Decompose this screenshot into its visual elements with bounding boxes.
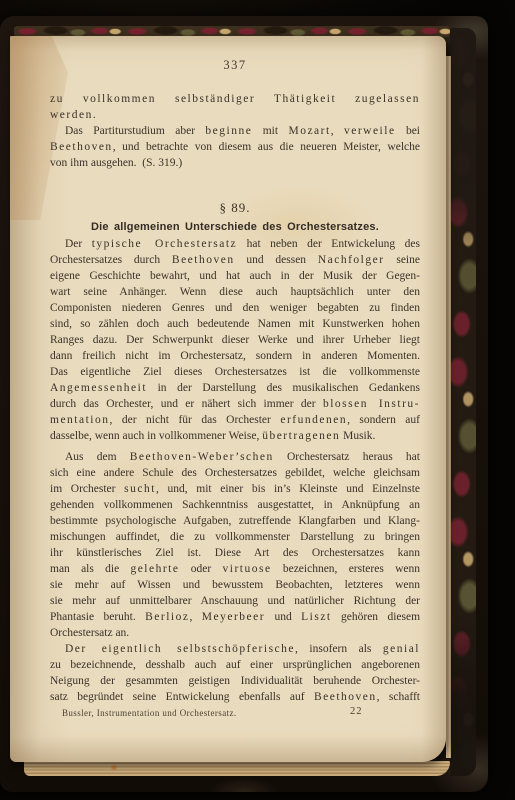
section-mark: § 89. [50,199,420,217]
marbled-binding-edge [450,28,476,776]
emphasized-text: Liszt [301,611,332,623]
body-text: und dessen [235,254,318,266]
body-text: Orchestersatz an. [50,627,129,639]
paragraph-selbstschoepferischer: Der eigentlich selbstschöpferische, inso… [50,641,420,705]
emphasized-text: Meyerbeer [202,611,265,623]
text-line: Der typische Orchestersatz hat neben der… [50,236,420,252]
text-line: Ranges dazu. Der Schwerpunkt dieser Werk… [50,332,420,348]
text-line: Orchestersatzes durch Beethoven und dess… [50,252,420,268]
emphasized-text: mentation [50,414,110,426]
text-line: Orchestersatz an. [50,625,420,641]
body-text: Neigung der gesammten geistigen Individu… [50,675,420,687]
text-line: bestimmte psychologische Aufgaben, zutre… [50,513,420,529]
text-line: Das eigentliche Ziel dieses Orchestersat… [50,364,420,380]
body-text: Der [65,238,92,250]
body-text: sie mehr auf unmittelbarer Anschauung un… [50,595,420,607]
emphasized-text: blossen Instru- [323,398,420,410]
emphasized-text: Beethoven [172,254,235,266]
emphasized-text: Der eigentlich selbstschöpferische [65,643,295,655]
text-line: man als die gelehrte oder virtuose bezei… [50,561,420,577]
emphasized-text: verweile [344,125,396,137]
body-text: Das eigentliche Ziel dieses Orchestersat… [50,366,420,378]
text-line: eigene Geschichte bewahrt, und hat auch … [50,268,420,284]
text-line: wart seine Anhänger. Wenn diese auch hau… [50,284,420,300]
body-text: seine [385,254,420,266]
emphasized-text: virtuose [223,563,272,575]
emphasized-text: übertragenen [262,430,340,442]
book-page: 337 zu vollkommen selbständiger Thätigke… [10,36,446,762]
page-number: 337 [50,58,420,74]
body-text: wart seine Anhänger. Wenn diese auch hau… [50,286,420,298]
text-line: von ihm ausgehen. (S. 319.) [50,155,420,171]
body-text: und [265,611,301,623]
page-stack-fore-edge [446,56,451,758]
text-line: satz begründet seine Entwickelung ebenfa… [50,689,420,705]
text-line: sich eine andere Schule des Orchestersat… [50,465,420,481]
text-line: dasselbe, wenn auch in vollkommener Weis… [50,428,420,444]
footer-sheet-number: 22 [350,706,363,717]
body-text: gehenden vollkommenen Sachkenntniss ausg… [50,499,420,511]
body-text: durch das Orchester, und er nähert sich … [50,398,323,410]
text-line: sie mehr auf Wissen und bewusstem Beobac… [50,577,420,593]
text-line: Phantasie beruht. Berlioz, Meyerbeer und… [50,609,420,625]
text-line: zu vollkommen selbständiger Thätigkeit z… [50,91,420,107]
text-line: ihr künstlerisches Ziel ist. Diese Art d… [50,545,420,561]
body-text: Orchestersatzes durch [50,254,172,266]
text-column: zu vollkommen selbständiger Thätigkeit z… [50,91,420,705]
body-text: , und, mit einer bis in’s Kleinste und E… [156,483,420,495]
body-text: , insofern als [295,643,383,655]
emphasized-text: gelehrte [130,563,179,575]
body-text: Musik. [340,430,375,442]
body-text: , [189,611,201,623]
body-text: ihr künstlerisches Ziel ist. Diese Art d… [50,547,420,559]
body-text: mit [252,125,288,137]
body-text: eigene Geschichte bewahrt, und hat auch … [50,270,420,282]
body-text: Orchestersatz heraus hat [274,451,420,463]
text-flow-upper: zu vollkommen selbständiger Thätigkeit z… [50,91,420,171]
emphasized-text: typische Orchestersatz [92,238,237,250]
paragraph-continuation: zu vollkommen selbständiger Thätigkeit z… [50,91,420,123]
body-text: dasselbe, wenn auch in vollkommener Weis… [50,430,262,442]
emphasized-text: Nachfolger [318,254,385,266]
emphasized-text: genial [383,643,420,655]
body-text: , schafft [377,691,420,703]
text-line: Aus dem Beethoven-Weber’schen Orchesters… [50,449,420,465]
body-text: sind, so zählen doch auch bedeutende Nam… [50,318,420,330]
emphasized-text: Beethoven-Weber’schen [130,451,274,463]
body-text: satz begründet seine Entwickelung ebenfa… [50,691,314,703]
emphasized-text: sucht [124,483,156,495]
emphasized-text: Mozart [288,125,330,137]
section-title: Die allgemeinen Unterschiede des Orchest… [50,219,420,235]
body-text: zu bezeichnende, desshalb auch auf einer… [50,659,420,671]
text-flow-lower: Der typische Orchestersatz hat neben der… [50,236,420,705]
body-text: bestimmte psychologische Aufgaben, zutre… [50,515,420,527]
emphasized-text: erfundenen [280,414,347,426]
text-line: dann freilich nicht im Orchestersatz, so… [50,348,420,364]
emphasized-text: Beethoven [50,141,113,153]
body-text: bei [396,125,420,137]
emphasized-text: werden. [50,109,97,121]
body-text: sich eine andere Schule des Orchestersat… [50,467,420,479]
text-line: gehenden vollkommenen Sachkenntniss ausg… [50,497,420,513]
body-text: sie mehr auf Wissen und bewusstem Beobac… [50,579,420,591]
emphasized-text: Beethoven [314,691,377,703]
page-footer: Bussler, Instrumentation und Orchestersa… [50,706,420,720]
body-text: von ihm ausgehen. (S. 319.) [50,157,182,169]
body-text: hat neben der Entwickelung des [237,238,420,250]
text-line: durch das Orchester, und er nähert sich … [50,396,420,412]
text-line: werden. [50,107,420,123]
text-line: Neigung der gesammten geistigen Individu… [50,673,420,689]
body-text: mischungen auffindet, die zu vollkommens… [50,531,420,543]
body-text: Das Partiturstudium aber [65,125,205,137]
text-line: sind, so zählen doch auch bedeutende Nam… [50,316,420,332]
body-text: im Orchester [50,483,124,495]
body-text: bezeichnen, ersteres wenn [272,563,420,575]
text-line: mentation, der nicht für das Orchester e… [50,412,420,428]
text-line: Componisten niederen Genres und den weni… [50,300,420,316]
emphasized-text: beginne [205,125,252,137]
text-line: sie mehr auf unmittelbarer Anschauung un… [50,593,420,609]
text-line: mischungen auffindet, die zu vollkommens… [50,529,420,545]
body-text: man als die [50,563,130,575]
body-text: , sondern auf [347,414,420,426]
text-line: Der eigentlich selbstschöpferische, inso… [50,641,420,657]
text-line: zu bezeichnende, desshalb auch auf einer… [50,657,420,673]
footer-signature: Bussler, Instrumentation und Orchestersa… [62,708,237,718]
body-text: Aus dem [65,451,130,463]
text-line: Angemessenheit in der Darstellung des mu… [50,380,420,396]
text-line: Das Partiturstudium aber beginne mit Moz… [50,123,420,139]
body-text: Phantasie beruht. [50,611,145,623]
book-photo: { "palette": { "bg": "#0a0806", "cover":… [0,0,515,800]
body-text: oder [180,563,223,575]
paragraph-beethoven-weber-schule: Aus dem Beethoven-Weber’schen Orchesters… [50,449,420,641]
body-text: in der Darstellung des musikalischen Ged… [147,382,420,394]
paragraph-partiturstudium: Das Partiturstudium aber beginne mit Moz… [50,123,420,171]
emphasized-text: zu vollkommen selbständiger Thätigkeit z… [50,93,420,105]
stain-spot [110,764,118,771]
emphasized-text: Angemessenheit [50,382,147,394]
body-text: gehören diesem [332,611,420,623]
body-text: Componisten niederen Genres und den weni… [50,302,420,314]
body-text: , der nicht für das Orchester [110,414,281,426]
page-stack-bottom-edge [24,761,450,776]
body-text: Ranges dazu. Der Schwerpunkt dieser Werk… [50,334,420,346]
body-text: , und betrachte von diesem aus die neuer… [113,141,420,153]
paragraph-typischer-orchestersatz: Der typische Orchestersatz hat neben der… [50,236,420,444]
body-text: , [331,125,344,137]
text-line: im Orchester sucht, und, mit einer bis i… [50,481,420,497]
text-line: Beethoven, und betrachte von diesem aus … [50,139,420,155]
body-text: dann freilich nicht im Orchestersatz, so… [50,350,420,362]
emphasized-text: Berlioz [145,611,189,623]
